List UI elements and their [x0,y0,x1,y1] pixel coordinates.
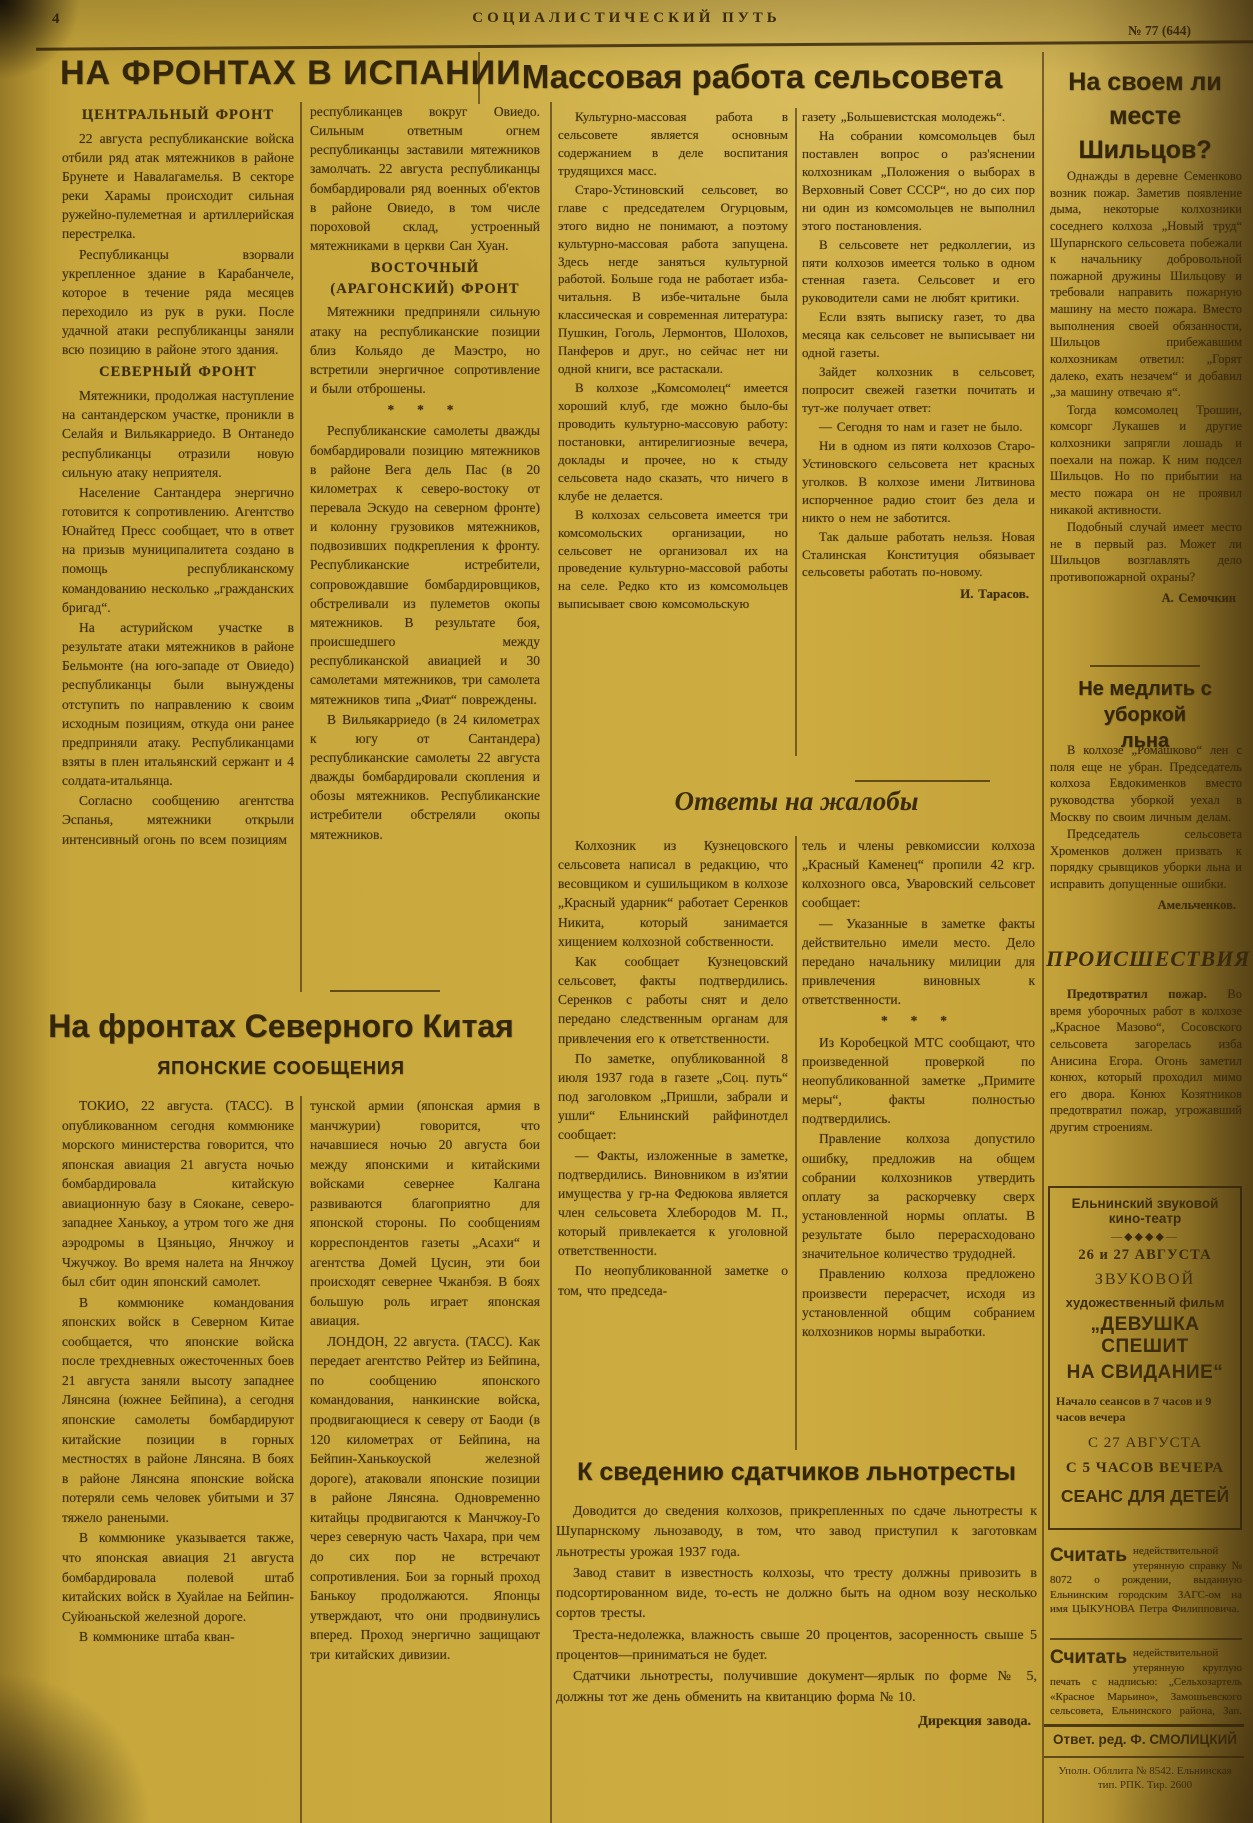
china-article-title: На фронтах Северного Китая [45,1008,517,1045]
selsoviet-article-col1: Культурно-массовая работа в сельсовете я… [558,108,788,756]
china-article-col1: ТОКИО, 22 августа. (ТАСС). В опубликован… [62,1096,294,1823]
subheading: ЦЕНТРАЛЬНЫЙ ФРОНТ [62,105,294,126]
china-article-col2: тунской армии (японская армия в манчжури… [310,1096,540,1823]
paragraph: Сдатчики льнотресты, получившие документ… [556,1667,1037,1708]
paragraph: Если взять выписку газет, то два месяца … [802,308,1035,362]
divider [550,102,552,1823]
paragraph: Предотвратил пожар. Во время уборочных р… [1050,986,1242,1136]
shiltsov-title-line2: Шильцов? [1046,134,1244,168]
cinema-dates: 26 и 27 АВГУСТА [1056,1247,1234,1264]
article-end-rule [330,990,440,992]
stars-separator: * * * [802,1011,1035,1030]
signature: А. Семочкин [1050,590,1236,607]
paragraph: Правлению колхоза предложено произвести … [802,1264,1035,1341]
incidents-section-title: ПРОИСШЕСТВИЯ [1046,946,1244,972]
paragraph: Культурно-массовая работа в сельсовете я… [558,108,788,180]
paragraph: — Факты, изложенные в заметке, подтверди… [558,1146,788,1261]
selsoviet-article-title: Массовая работа сельсовета [486,58,1038,96]
paragraph: Тогда комсомолец Трошин, комсорг Лукашев… [1050,402,1242,518]
shiltsov-title-line1: На своем ли месте [1046,66,1244,134]
cinema-from-time: С 5 ЧАСОВ ВЕЧЕРА [1056,1460,1234,1477]
paragraph: ТОКИО, 22 августа. (ТАСС). В опубликован… [62,1096,294,1292]
newspaper-page: 4 СОЦИАЛИСТИЧЕСКИЙ ПУТЬ № 77 (644) НА ФР… [0,0,1253,1823]
article-end-rule [855,780,990,782]
paragraph: Председатель сельсовета Хроменков должен… [1050,826,1242,893]
divider [300,102,302,992]
subheading: ВОСТОЧНЫЙ (АРАГОНСКИЙ) ФРОНТ [310,258,540,299]
paragraph: — Сегодня то нам и газет не было. [802,418,1035,436]
paragraph: На астурийском участке в результате атак… [62,618,294,790]
diamond-ornament: —◆◆◆◆— [1056,1230,1234,1243]
lost-document-notice-1: Считать недействительной утерянную справ… [1050,1544,1242,1634]
paragraph: Однажды в деревне Семенково возник пожар… [1050,168,1242,401]
imprint-rule [1044,1724,1244,1727]
paragraph: Республиканские самолеты дважды бомбарди… [310,421,540,708]
spain-article-title: НА ФРОНТАХ В ИСПАНИИ [60,54,475,93]
paragraph: В колхозе „Ромашково“ лен с поля еще не … [1050,742,1242,825]
flax-delivery-body: Доводится до сведения колхозов, прикрепл… [556,1502,1037,1820]
paragraph: В коммюнике командования японских войск … [62,1293,294,1528]
paragraph: Республиканцы взорвали укрепленное здани… [62,245,294,360]
paragraph: 22 августа республиканские войска отбили… [62,129,294,244]
paragraph: тель и члены ревкомиссии колхоза „Красны… [802,836,1035,913]
subheading: СЕВЕРНЫЙ ФРОНТ [62,362,294,383]
paragraph: республиканцев вокруг Овиедо. Сильным от… [310,102,540,255]
lost-document-notice-2: Считать недействительной утерянную кругл… [1050,1646,1242,1720]
newspaper-title: СОЦИАЛИСТИЧЕСКИЙ ПУТЬ [0,10,1253,27]
paragraph: Старо-Устиновский сельсовет, во главе с … [558,181,788,378]
film-title-line1: „ДЕВУШКА СПЕШИТ [1056,1314,1234,1358]
notice: Считать недействительной утерянную кругл… [1050,1646,1242,1720]
spain-article-col1: ЦЕНТРАЛЬНЫЙ ФРОНТ22 августа республиканс… [62,102,294,964]
notice: Считать недействительной утерянную справ… [1050,1544,1242,1617]
incidents-body: Предотвратил пожар. Во время уборочных р… [1050,986,1242,1182]
shiltsov-article-body: Однажды в деревне Семенково возник пожар… [1050,168,1242,658]
paragraph: Колхозник из Кузнецовского сельсовета на… [558,836,788,951]
paragraph: В Вильякарриедо (в 24 километрах к югу о… [310,710,540,844]
paragraph: Население Сантандера энергично готовится… [62,483,294,617]
paragraph: В колхозах сельсовета имеется три комсом… [558,506,788,614]
paragraph: В колхозе „Комсомолец“ имеется хороший к… [558,379,788,505]
cinema-kids-session: СЕАНС ДЛЯ ДЕТЕЙ [1056,1486,1234,1507]
divider [1050,1638,1242,1640]
flax-harvest-body: В колхозе „Ромашково“ лен с поля еще не … [1050,742,1242,942]
flax-delivery-title: К сведению сдатчиков льнотресты [556,1458,1037,1487]
editor-line: Ответ. ред. Ф. СМОЛИЦКИЙ [1046,1732,1244,1747]
paragraph: В коммюнике указывается также, что японс… [62,1528,294,1626]
paragraph: Мятежники, продолжая наступление на сант… [62,386,294,482]
signature: Дирекция завода. [556,1712,1031,1732]
signature: Амельченков. [1050,897,1236,914]
paragraph: Завод ставит в известность колхозы, что … [556,1564,1037,1625]
issue-number: № 77 (644) [1128,23,1191,39]
paragraph: Правление колхоза допустило ошибку, пред… [802,1129,1035,1263]
paragraph: В коммюнике штаба кван- [62,1627,294,1647]
masthead-rule [36,40,1253,50]
signature: И. Тарасов. [802,585,1029,603]
cinema-ad: Ельнинский звуковой кино-театр —◆◆◆◆— 26… [1048,1186,1242,1530]
film-title-line2: НА СВИДАНИЕ“ [1056,1362,1234,1384]
complaints-col1: Колхозник из Кузнецовского сельсовета на… [558,836,788,1450]
paragraph: Треста-недолежка, влажность свыше 20 про… [556,1626,1037,1667]
china-article-subtitle: ЯПОНСКИЕ СООБЩЕНИЯ [45,1058,517,1079]
divider [795,836,797,1450]
paragraph: Доводится до сведения колхозов, прикрепл… [556,1502,1037,1563]
paragraph: газету „Большевистская молодежь“. [802,108,1035,126]
paragraph: На собрании комсомольцев был поставлен в… [802,127,1035,235]
paragraph: — Указанные в заметке факты действительн… [802,914,1035,1010]
paragraph: По заметке, опубликованной 8 июля 1937 г… [558,1049,788,1145]
cinema-sound-label: ЗВУКОВОЙ [1056,1271,1234,1289]
paragraph: Так дальше работать нельзя. Новая Сталин… [802,528,1035,582]
paragraph: Подобный случай имеет место не в первый … [1050,519,1242,586]
paragraph: Как сообщает Кузнецовский сельсовет, фак… [558,952,788,1048]
paragraph: ЛОНДОН, 22 августа. (ТАСС). Как передает… [310,1332,540,1665]
article-end-rule [1090,665,1200,667]
paragraph: тунской армии (японская армия в манчжури… [310,1096,540,1331]
stars-separator: * * * [310,400,540,419]
spain-article-col2: республиканцев вокруг Овиедо. Сильным от… [310,102,540,968]
paragraph: По неопубликованной заметке о том, что п… [558,1261,788,1299]
paragraph: Согласно сообщению агентства Эспанья, мя… [62,791,294,848]
complaints-section-title: Ответы на жалобы [556,786,1037,817]
imprint-rule [1044,1756,1244,1758]
divider [300,1096,302,1823]
cinema-venue: Ельнинский звуковой кино-театр [1056,1196,1234,1226]
press-line: Уполн. Обллита № 8542. Ельнинская тип. Р… [1048,1764,1242,1793]
divider [1042,52,1044,1823]
selsoviet-article-col2: газету „Большевистская молодежь“.На собр… [802,108,1035,770]
shiltsov-article-title: На своем ли месте Шильцов? [1046,66,1244,167]
cinema-film-type: художественный фильм [1056,1295,1234,1310]
complaints-col2: тель и члены ревкомиссии колхоза „Красны… [802,836,1035,1450]
divider [795,108,797,756]
paragraph: Зайдет колхозник в сельсовет, попросит с… [802,363,1035,417]
cinema-from-date: С 27 АВГУСТА [1056,1435,1234,1452]
paragraph: Из Коробецкой МТС сообщают, что произвед… [802,1033,1035,1129]
masthead: 4 СОЦИАЛИСТИЧЕСКИЙ ПУТЬ № 77 (644) [0,0,1253,50]
paragraph: Мятежники предприняли сильную атаку на р… [310,302,540,398]
cinema-showtimes: Начало сеансов в 7 часов и 9 часов вечер… [1056,1393,1234,1425]
paragraph: В сельсовете нет редколлегии, из пяти ко… [802,236,1035,308]
paragraph: Ни в одном из пяти колхозов Старо-Устино… [802,437,1035,527]
